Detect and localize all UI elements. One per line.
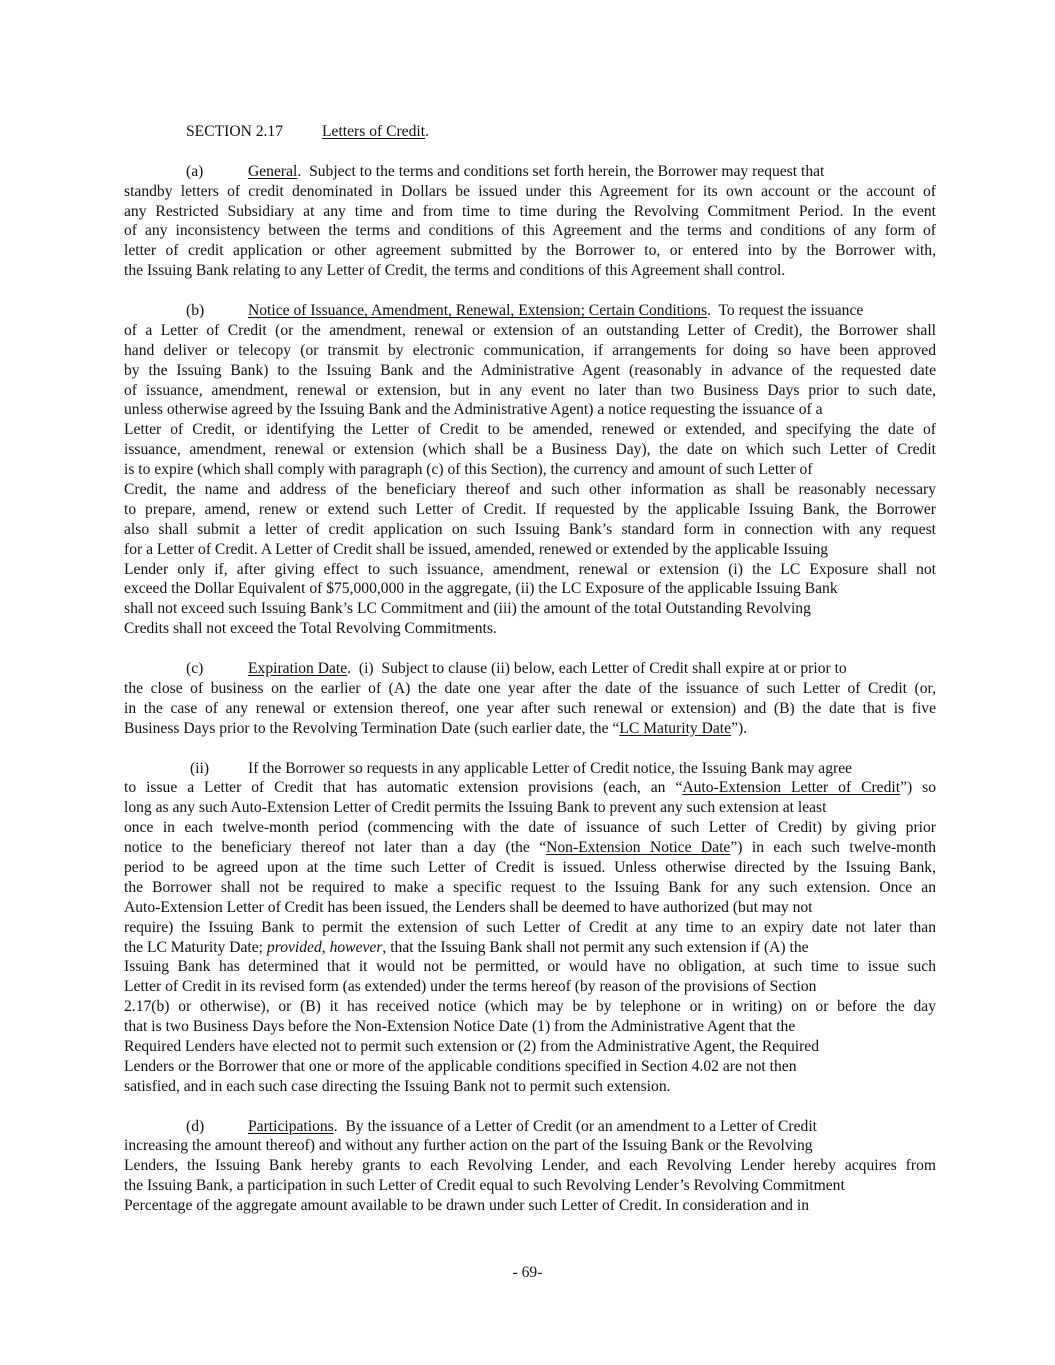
para-label: (ii)	[190, 759, 248, 779]
para-heading: Participations	[248, 1118, 334, 1135]
para-heading: Notice of Issuance, Amendment, Renewal, …	[248, 302, 707, 319]
paragraph-d: (d)Participations. By the issuance of a …	[124, 1117, 936, 1216]
paragraph-c-ii: (ii)If the Borrower so requests in any a…	[124, 759, 936, 1097]
section-title: Letters of Credit	[322, 123, 425, 140]
page-number: - 69-	[0, 1264, 1055, 1282]
paragraph-b: (b)Notice of Issuance, Amendment, Renewa…	[124, 301, 936, 639]
defined-term: LC Maturity Date	[619, 720, 731, 737]
para-label: (b)	[186, 301, 248, 321]
defined-term: Auto-Extension Letter of Credit	[682, 779, 900, 796]
paragraph-a: (a)General. Subject to the terms and con…	[124, 162, 936, 281]
para-heading: General	[248, 163, 297, 180]
para-label: (a)	[186, 162, 248, 182]
section-heading: SECTION 2.17Letters of Credit.	[124, 122, 936, 142]
section-number: SECTION 2.17	[186, 122, 322, 142]
para-label: (c)	[186, 659, 248, 679]
paragraph-c: (c)Expiration Date. (i) Subject to claus…	[124, 659, 936, 739]
para-heading: Expiration Date	[248, 660, 347, 677]
defined-term: Non-Extension Notice Date	[546, 839, 730, 856]
document-page: SECTION 2.17Letters of Credit. (a)Genera…	[124, 122, 936, 1216]
para-label: (d)	[186, 1117, 248, 1137]
